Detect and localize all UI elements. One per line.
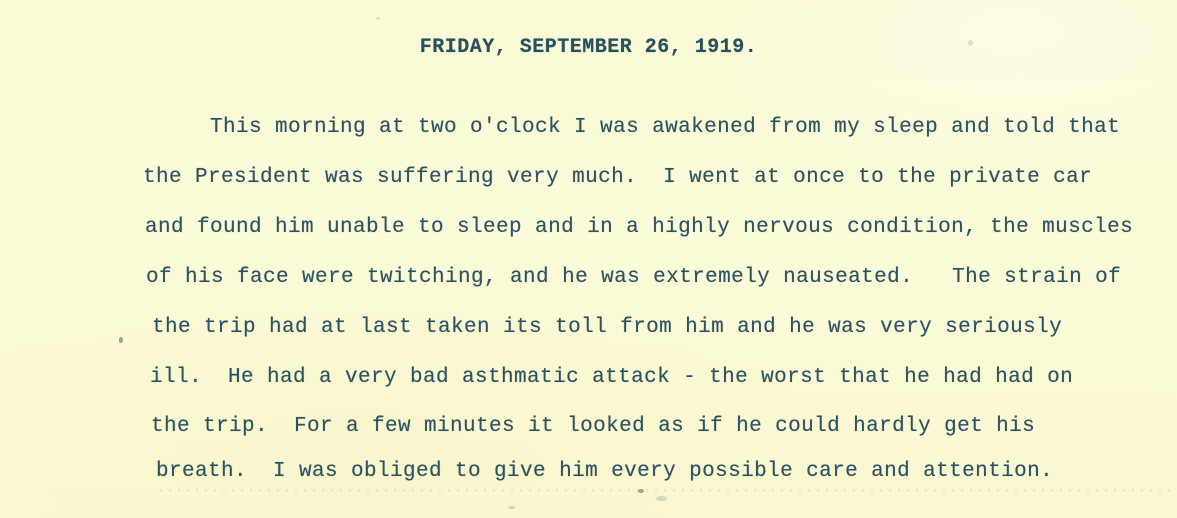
text-line: and found him unable to sleep and in a h…: [145, 215, 1133, 241]
text-line: the trip. For a few minutes it looked as…: [151, 414, 1035, 440]
scan-speck: [968, 40, 973, 46]
scan-speck: [638, 489, 644, 493]
ink-speck: [119, 337, 123, 343]
scan-speck: [508, 506, 515, 509]
text-line: This morning at two o'clock I was awaken…: [210, 115, 1120, 141]
scan-speck: [656, 496, 667, 501]
text-line: of his face were twitching, and he was e…: [146, 265, 1121, 291]
document-heading: FRIDAY, SEPTEMBER 26, 1919.: [0, 36, 1177, 59]
text-line: the President was suffering very much. I…: [143, 165, 1092, 191]
scan-speck: [376, 17, 380, 20]
document-page: FRIDAY, SEPTEMBER 26, 1919. This morning…: [0, 0, 1177, 518]
text-line: the trip had at last taken its toll from…: [152, 315, 1062, 341]
text-line: ill. He had a very bad asthmatic attack …: [150, 365, 1073, 391]
scan-noise-line: [160, 489, 1177, 492]
text-line: breath. I was obliged to give him every …: [156, 459, 1053, 485]
